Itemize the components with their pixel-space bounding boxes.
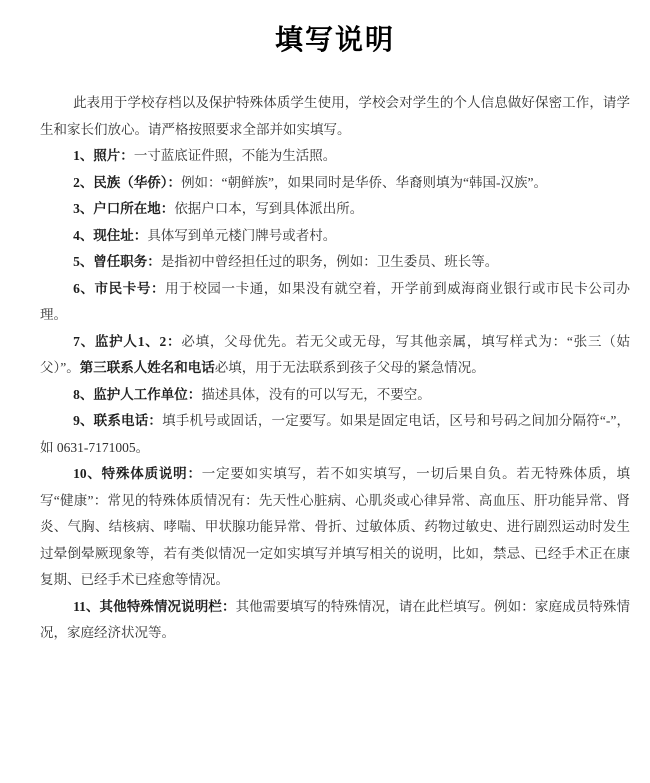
instruction-item: 8、监护人工作单位：描述具体，没有的可以写无，不要空。 bbox=[40, 382, 630, 409]
instruction-item: 2、民族（华侨）：例如：“朝鲜族”，如果同时是华侨、华裔则填为“韩国-汉族”。 bbox=[40, 170, 630, 197]
instruction-item: 9、联系电话：填手机号或固话，一定要写。如果是固定电话，区号和号码之间加分隔符“… bbox=[40, 408, 630, 461]
item-text: 具体写到单元楼门牌号或者村。 bbox=[147, 228, 336, 243]
item-label: 11、其他特殊情况说明栏： bbox=[73, 599, 236, 614]
item-text: 必填，用于无法联系到孩子父母的紧急情况。 bbox=[215, 360, 485, 375]
instruction-item: 4、现住址：具体写到单元楼门牌号或者村。 bbox=[40, 223, 630, 250]
item-label: 1、照片： bbox=[73, 148, 134, 163]
item-label: 4、现住址： bbox=[73, 228, 147, 243]
item-text: 依据户口本，写到具体派出所。 bbox=[174, 201, 363, 216]
item-text: 一寸蓝底证件照，不能为生活照。 bbox=[134, 148, 337, 163]
item-label: 8、监护人工作单位： bbox=[73, 387, 201, 402]
document-page: 填写说明 此表用于学校存档以及保护特殊体质学生使用，学校会对学生的个人信息做好保… bbox=[0, 0, 650, 783]
instruction-item: 10、特殊体质说明：一定要如实填写，若不如实填写，一切后果自负。若无特殊体质，填… bbox=[40, 461, 630, 594]
item-label: 9、联系电话： bbox=[73, 413, 162, 428]
item-text: 是指初中曾经担任过的职务，例如：卫生委员、班长等。 bbox=[161, 254, 499, 269]
item-label: 10、特殊体质说明： bbox=[73, 466, 202, 481]
page-title: 填写说明 bbox=[40, 18, 630, 58]
item-label: 6、市民卡号： bbox=[73, 281, 165, 296]
instruction-item: 3、户口所在地：依据户口本，写到具体派出所。 bbox=[40, 196, 630, 223]
item-label: 3、户口所在地： bbox=[73, 201, 174, 216]
item-label: 第三联系人姓名和电话 bbox=[80, 360, 215, 375]
item-text: 描述具体，没有的可以写无，不要空。 bbox=[201, 387, 431, 402]
item-label: 7、监护人1、2： bbox=[73, 334, 181, 349]
instruction-item: 5、曾任职务：是指初中曾经担任过的职务，例如：卫生委员、班长等。 bbox=[40, 249, 630, 276]
instruction-item: 11、其他特殊情况说明栏：其他需要填写的特殊情况，请在此栏填写。例如：家庭成员特… bbox=[40, 594, 630, 647]
item-text: 例如：“朝鲜族”，如果同时是华侨、华裔则填为“韩国-汉族”。 bbox=[181, 175, 547, 190]
instruction-item: 7、监护人1、2：必填，父母优先。若无父或无母，写其他亲属，填写样式为：“张三（… bbox=[40, 329, 630, 382]
item-text: 一定要如实填写，若不如实填写，一切后果自负。若无特殊体质，填写“健康”：常见的特… bbox=[40, 466, 630, 587]
instruction-item: 6、市民卡号：用于校园一卡通，如果没有就空着，开学前到威海商业银行或市民卡公司办… bbox=[40, 276, 630, 329]
intro-paragraph: 此表用于学校存档以及保护特殊体质学生使用，学校会对学生的个人信息做好保密工作，请… bbox=[40, 90, 630, 143]
instruction-item: 1、照片：一寸蓝底证件照，不能为生活照。 bbox=[40, 143, 630, 170]
item-label: 5、曾任职务： bbox=[73, 254, 161, 269]
item-label: 2、民族（华侨）： bbox=[73, 175, 181, 190]
instructions-list: 1、照片：一寸蓝底证件照，不能为生活照。2、民族（华侨）：例如：“朝鲜族”，如果… bbox=[40, 143, 630, 647]
